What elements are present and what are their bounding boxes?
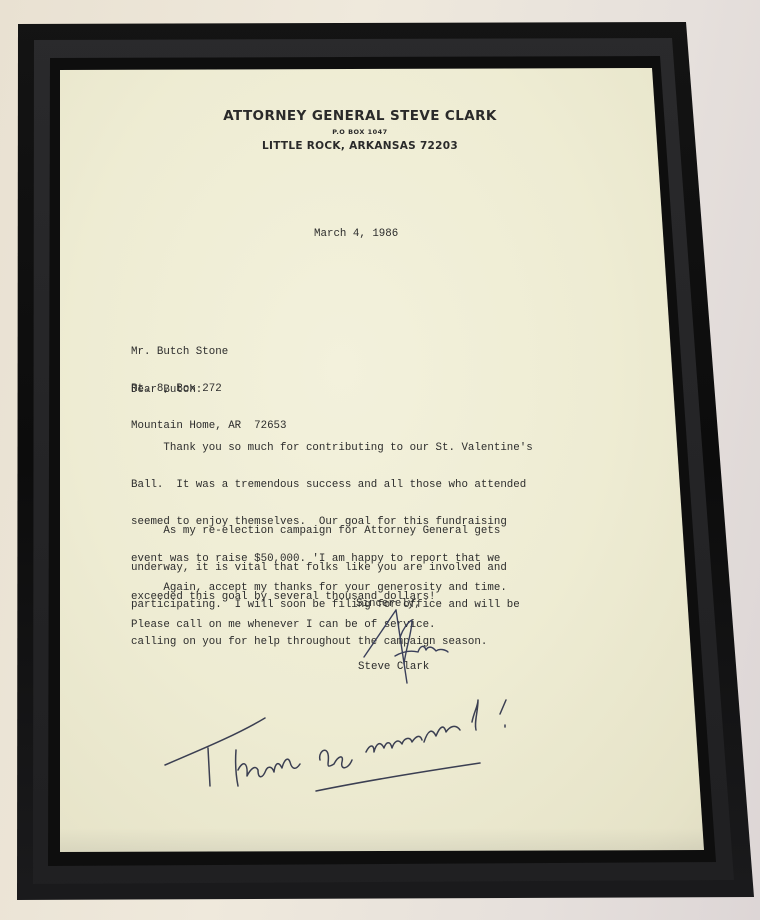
salutation: Dear Butch: — [131, 384, 202, 396]
letter: ATTORNEY GENERAL STEVE CLARK P.O BOX 104… — [0, 0, 760, 920]
closing: Sincerely, — [356, 598, 421, 610]
paragraph-line: As my re-election campaign for Attorney … — [131, 525, 520, 537]
paragraph-line: Again, accept my thanks for your generos… — [131, 582, 507, 594]
recipient-name: Mr. Butch Stone — [131, 346, 287, 358]
letterhead-name: ATTORNEY GENERAL STEVE CLARK — [190, 108, 530, 124]
letterhead: ATTORNEY GENERAL STEVE CLARK P.O BOX 104… — [190, 108, 530, 152]
body-paragraph-3: Again, accept my thanks for your generos… — [131, 557, 507, 656]
letterhead-po-box: P.O BOX 1047 — [190, 128, 530, 136]
thank-you-note — [165, 700, 506, 791]
signer-name: Steve Clark — [358, 661, 429, 673]
paragraph-line: Thank you so much for contributing to ou… — [131, 442, 533, 454]
paragraph-line: Please call on me whenever I can be of s… — [131, 619, 507, 631]
letter-date: March 4, 1986 — [314, 228, 398, 240]
letterhead-city: LITTLE ROCK, ARKANSAS 72203 — [190, 140, 530, 152]
paragraph-line: Ball. It was a tremendous success and al… — [131, 479, 533, 491]
